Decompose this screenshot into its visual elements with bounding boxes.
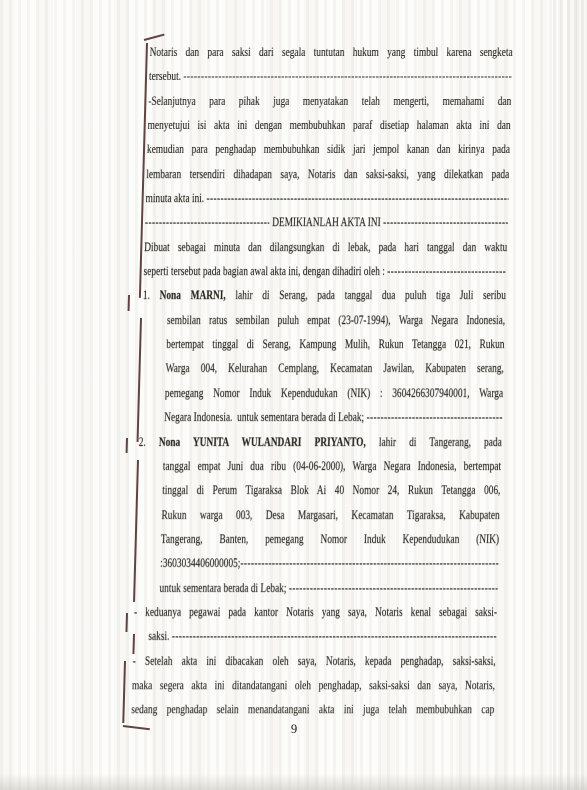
doc-line: - Setelah akta ini dibacakan oleh saya, … [132,649,496,673]
doc-line: Dibuat sebagai minuta dan dilangsungkan … [144,235,508,259]
document-page: { "page": { "number": "9", "dash_fill": … [0,0,587,790]
doc-line: sembilan ratus sembilan puluh empat (23-… [142,308,506,332]
doc-line: menyetujui isi akta ini dengan membubuhk… [147,113,511,137]
doc-line: Tangerang, Banten, pemegang Nomor Induk … [136,527,500,551]
text-run: untuk sementara berada di Lebak; [159,576,289,600]
text-run: Dibuat sebagai minuta dan dilangsungkan … [144,240,507,254]
text-run: minuta akta ini. [145,186,207,210]
doc-line: lembaran tersendiri dihadapan saya, Nota… [146,162,510,186]
text-run: sedang penghadap selain menandatangani a… [131,702,494,716]
dash-filler: ----------------------------------------… [240,551,499,575]
dash-filler: ----------------------------------------… [183,64,512,88]
doc-line: - keduanya pegawai pada kantor Notaris y… [134,600,498,624]
doc-line: pemegang Nomor Induk Kependudukan (NIK) … [140,381,504,405]
doc-line: untuk sementara berada di Lebak; -------… [134,576,498,600]
text-run: tersebut. [149,64,184,88]
text-run: Warga 004, Kelurahan Cemplang, Kecamatan… [165,361,504,375]
text-run: :3603034406000005; [160,551,241,575]
margin-bracket-line [122,661,125,723]
deed-text-block: Notaris dan para saksi dari segala tuntu… [131,40,513,722]
scan-edge-bottom-shadow [0,774,587,790]
dash-filler: ----------------------------------------… [366,405,503,429]
doc-line: saksi. ---------------------------------… [133,624,497,648]
dash-filler: ----------------------------------------… [288,576,498,600]
text-run: Nona YUNITA WULANDARI PRIYANTO, [159,435,366,449]
text-run: 2. [139,435,159,449]
doc-line: Negara Indonesia. untuk sementara berada… [139,405,503,429]
doc-line: maka segera akta ini ditandatangani oleh… [132,673,496,697]
dash-filler: ----------------------------------------… [171,624,496,648]
doc-line: :3603034406000005;----------------------… [135,551,499,575]
margin-bracket-tick [128,295,130,311]
doc-line: Warga 004, Kelurahan Cemplang, Kecamatan… [140,356,504,380]
doc-line: -Selanjutnya para pihak juga menyatakan … [148,89,512,113]
page-number: 9 [286,722,302,737]
text-run: seperti tersebut pada bagian awal akta i… [143,259,387,283]
text-run: Notaris dan para saksi dari segala tuntu… [149,45,512,59]
text-run: saksi. [148,624,172,648]
text-run: Rukun warga 003, Desa Margasari, Kecamat… [161,508,500,522]
text-run: tinggal di Perum Tigaraksa Blok Ai 40 No… [162,483,501,497]
text-run: lembaran tersendiri dihadapan saya, Nota… [146,167,509,181]
text-run: Nona MARNI, [159,288,226,302]
text-run: -Selanjutnya para pihak juga menyatakan … [148,94,511,108]
margin-bracket-tick [125,613,127,632]
text-run: - keduanya pegawai pada kantor Notaris y… [134,605,497,619]
doc-line: minuta akta ini. -----------------------… [145,186,509,210]
text-run: lahir di Tangerang, pada [366,435,502,449]
dash-filler: ----------------------------------------… [145,210,271,234]
text-run: pemegang Nomor Induk Kependudukan (NIK) … [165,386,504,400]
doc-line: Notaris dan para saksi dari segala tuntu… [149,40,513,64]
doc-line: ----------------------------------------… [145,210,509,234]
doc-line: tanggal empat Juni dua ribu (04-06-2000)… [138,454,502,478]
text-run: - Setelah akta ini dibacakan oleh saya, … [132,654,495,668]
text-run: DEMIKIANLAH AKTA INI [269,210,383,234]
text-run: tanggal empat Juni dua ribu (04-06-2000)… [163,459,502,473]
text-run: maka segera akta ini ditandatangani oleh… [132,678,495,692]
text-run: 1. [143,288,160,302]
text-run: kemudian para penghadap membubuhkan sidi… [147,142,510,156]
doc-line: tinggal di Perum Tigaraksa Blok Ai 40 No… [137,478,501,502]
text-run: Tangerang, Banten, pemegang Nomor Induk … [161,532,500,546]
doc-line: kemudian para penghadap membubuhkan sidi… [147,137,511,161]
scan-edge-right-streaks [553,0,587,790]
text-run: Negara Indonesia. untuk sementara berada… [164,405,367,429]
text-run: sembilan ratus sembilan puluh empat (23-… [167,313,506,327]
doc-line: 1. Nona MARNI, lahir di Serang, pada tan… [143,283,507,307]
doc-line: sedang penghadap selain menandatangani a… [131,697,495,721]
doc-line: Rukun warga 003, Desa Margasari, Kecamat… [136,503,500,527]
doc-line: bertempat tinggal di Serang, Kampung Mul… [141,332,505,356]
doc-line: 2. Nona YUNITA WULANDARI PRIYANTO, lahir… [138,430,502,454]
margin-bracket-bottom-hook [123,725,150,730]
doc-line: seperti tersebut pada bagian awal akta i… [143,259,507,283]
dash-filler: ----------------------------------------… [206,186,509,210]
margin-bracket-tick [126,438,128,453]
text-run: lahir di Serang, pada tanggal dua puluh … [226,288,507,302]
text-run: bertempat tinggal di Serang, Kampung Mul… [166,337,505,351]
dash-filler: ----------------------------------------… [387,259,507,283]
doc-line: tersebut. ------------------------------… [149,64,513,88]
text-run: menyetujui isi akta ini dengan membubuhk… [147,118,510,132]
dash-filler: ----------------------------------------… [383,210,509,234]
